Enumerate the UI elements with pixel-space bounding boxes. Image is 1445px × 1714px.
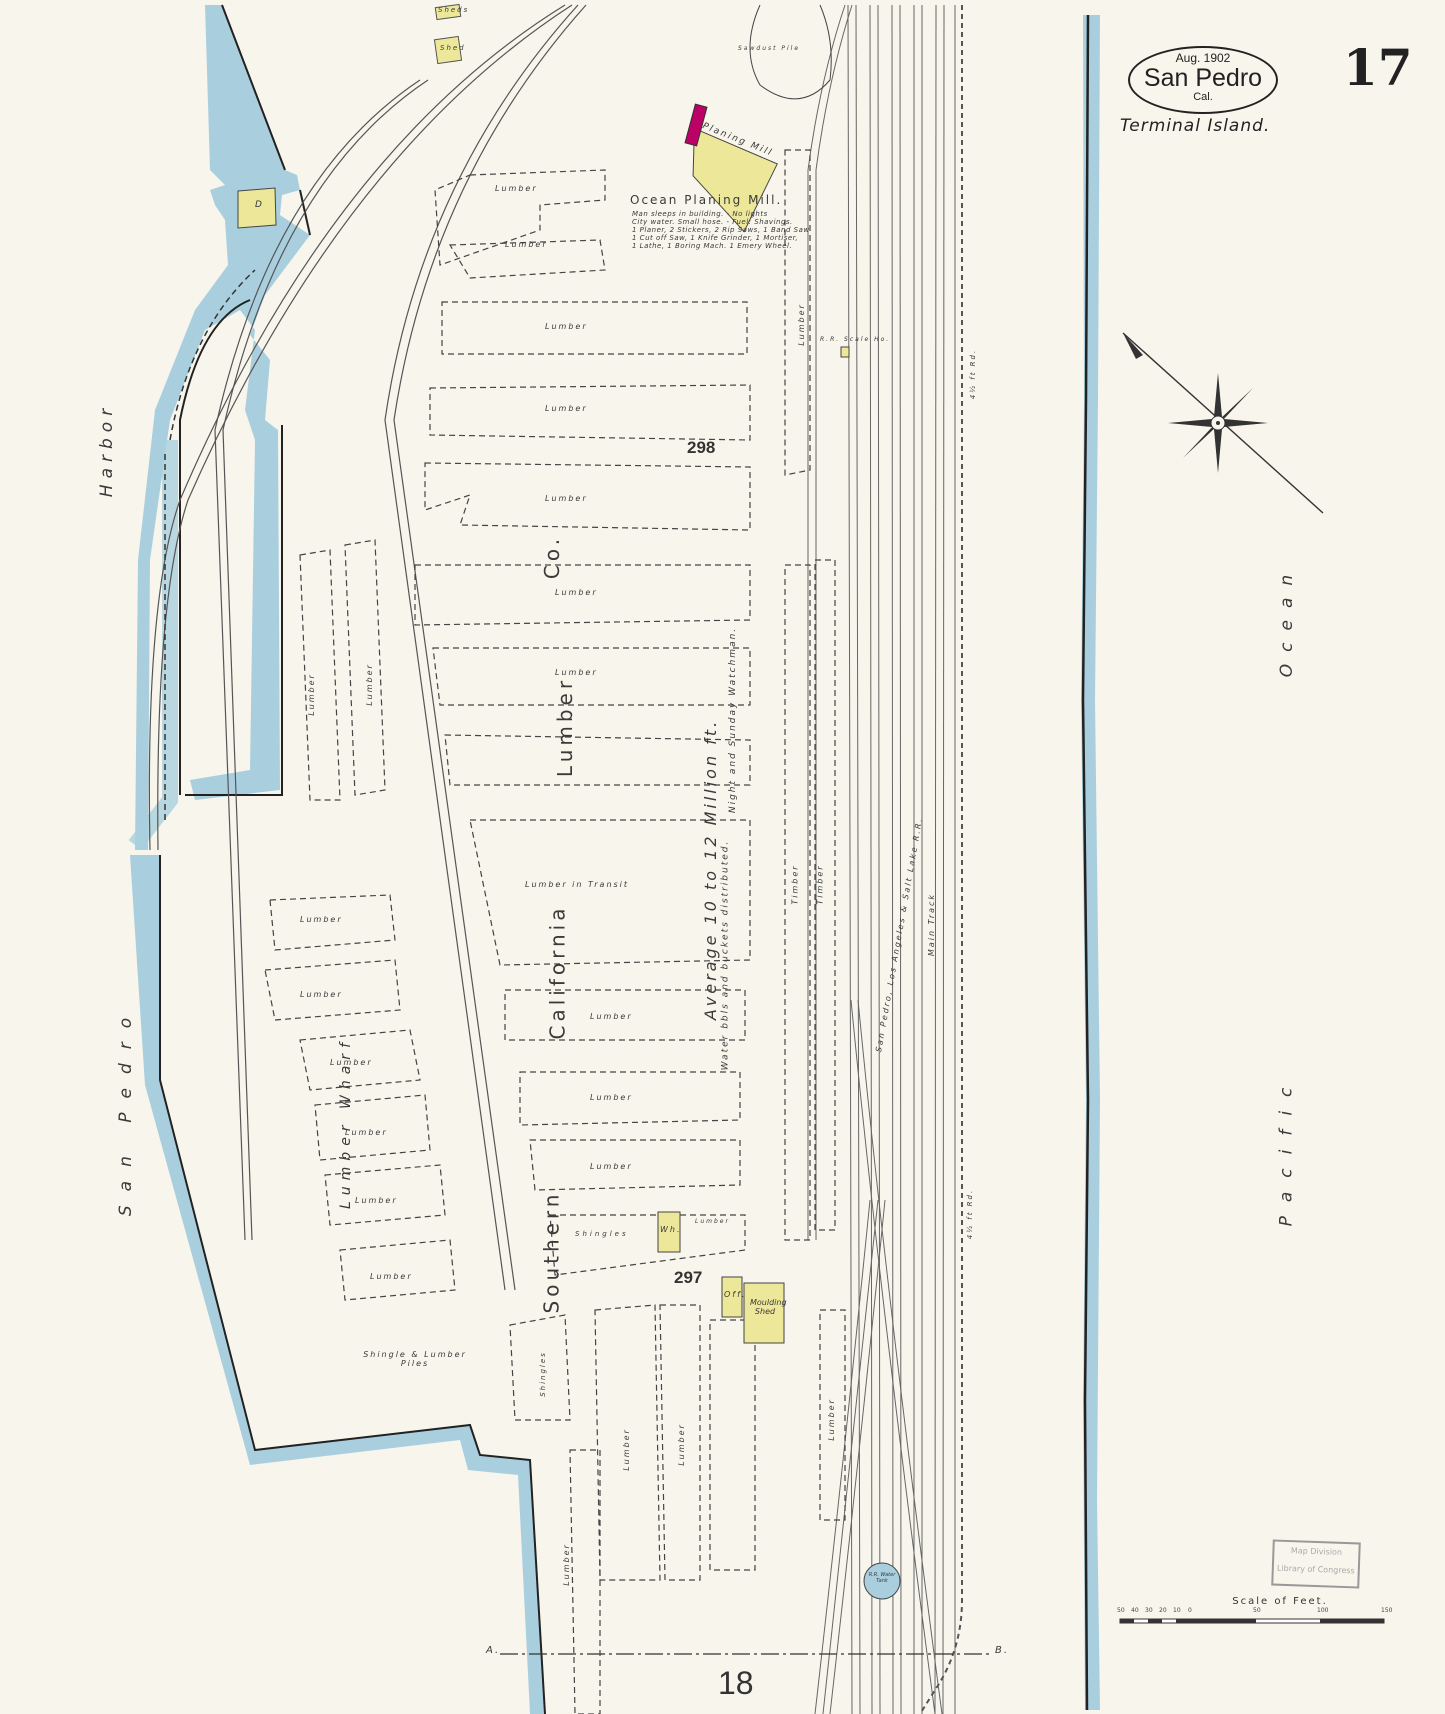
stock-note: Average 10 to 12 Million ft. (701, 719, 720, 1020)
lumber-label: Lumber (590, 1093, 633, 1102)
scale-ticks: 50 40 30 20 10 0 50 100 150 (1115, 1607, 1395, 1617)
company-name-1: Southern (539, 1191, 563, 1314)
compass-rose-icon (1123, 333, 1323, 513)
scale-bar (1120, 1619, 1384, 1623)
dashed-track-line (920, 5, 962, 1714)
dwelling-label: D (255, 200, 264, 210)
lumber-wharf-label: Lumber Wharf (338, 1037, 354, 1209)
shingles-vertical-label: Shingles (539, 1351, 547, 1397)
block-298: 298 (687, 438, 715, 458)
adjoining-sheet-18: 18 (718, 1665, 754, 1702)
district-name: Terminal Island. (1120, 116, 1270, 136)
ocean-shoreline (1081, 15, 1100, 1710)
harbor-shoreline (130, 5, 545, 1714)
block-297: 297 (674, 1268, 702, 1288)
grade-label-top: 4½ ft Rd. (969, 349, 977, 399)
mill-details: Man sleeps in building. - No lights City… (632, 210, 810, 250)
san-pedro-label: San Pedro (116, 1004, 136, 1216)
sheds-label: Sheds (438, 6, 469, 14)
grade-label-bottom: 4½ ft Rd. (966, 1189, 974, 1239)
lumber-label: Lumber (300, 990, 343, 999)
lumber-label: Lumber (590, 1162, 633, 1171)
sheet-number: 17 (1343, 38, 1413, 97)
lumber-label: Lumber (545, 404, 588, 413)
shingle-lumber-piles-label: Shingle & Lumber Piles (360, 1350, 470, 1368)
library-stamp: Map Division Library of Congress (1271, 1539, 1361, 1588)
water-tank-label: R.R. Water Tank (867, 1572, 897, 1584)
lumber-label: Lumber (827, 1398, 836, 1441)
lumber-label: Lumber (622, 1428, 631, 1471)
timber-label: Timber (791, 864, 800, 904)
lumber-label: Lumber (677, 1423, 686, 1466)
lumber-label: Lumber (370, 1272, 413, 1281)
scale-house-label: R.R. Scale Ho. (820, 336, 890, 343)
lumber-label: Lumber (562, 1543, 571, 1586)
company-name-3: Lumber (553, 677, 577, 777)
section-start-label: A. (486, 1645, 500, 1656)
lumber-label: Lumber (797, 303, 806, 346)
lumber-label: Lumber (545, 322, 588, 331)
harbor-label: Harbor (97, 403, 117, 497)
mill-title: Ocean Planing Mill. (630, 193, 782, 207)
state-name: Cal. (1130, 91, 1276, 103)
lumber-label: Lumber (505, 240, 548, 249)
water-note: Water bbls and buckets distributed. (720, 840, 730, 1071)
company-name-4: Co. (540, 535, 564, 579)
lumber-label: Lumber (355, 1196, 398, 1205)
lumber-label: Lumber (365, 663, 374, 706)
lumber-label: Lumber (555, 668, 598, 677)
main-track-label: Main Track (927, 893, 936, 956)
watch-note: Night and Sunday Watchman. (728, 627, 738, 813)
shed-label: Shed (440, 44, 466, 52)
city-name: San Pedro (1130, 65, 1276, 91)
map-date: Aug. 1902 (1130, 51, 1276, 65)
lumber-label: Lumber (590, 1012, 633, 1021)
moulding-shed-label: Moulding Shed (750, 1298, 780, 1316)
office-label: Off. (724, 1290, 746, 1299)
title-cartouche: Aug. 1902 San Pedro Cal. (1128, 46, 1278, 114)
sawdust-label: Sawdust Pile (738, 45, 800, 52)
sanborn-map-sheet: Aug. 1902 San Pedro Cal. 17 Terminal Isl… (0, 0, 1445, 1714)
section-end-label: B. (995, 1645, 1009, 1656)
pacific-label: Pacific (1276, 1074, 1296, 1227)
lumber-label: Lumber (300, 915, 343, 924)
company-name-2: California (545, 905, 569, 1040)
railroad-tracks (808, 5, 955, 1714)
lumber-label: Lumber (495, 184, 538, 193)
lumber-in-transit-label: Lumber in Transit (525, 880, 629, 889)
scale-legend: Scale of Feet. 50 40 30 20 10 0 50 100 1… (1115, 1596, 1395, 1617)
ocean-label: Ocean (1277, 563, 1297, 677)
lumber-label: Lumber (555, 588, 598, 597)
scale-title: Scale of Feet. (1165, 1596, 1395, 1607)
shingles-label: Shingles (575, 1230, 629, 1238)
lumber-label: Lumber (307, 673, 316, 716)
warehouse-label: Wh. (660, 1225, 682, 1234)
small-lumber-label: Lumber (695, 1218, 730, 1225)
timber-label: Timber (816, 864, 825, 904)
lumber-label: Lumber (545, 494, 588, 503)
